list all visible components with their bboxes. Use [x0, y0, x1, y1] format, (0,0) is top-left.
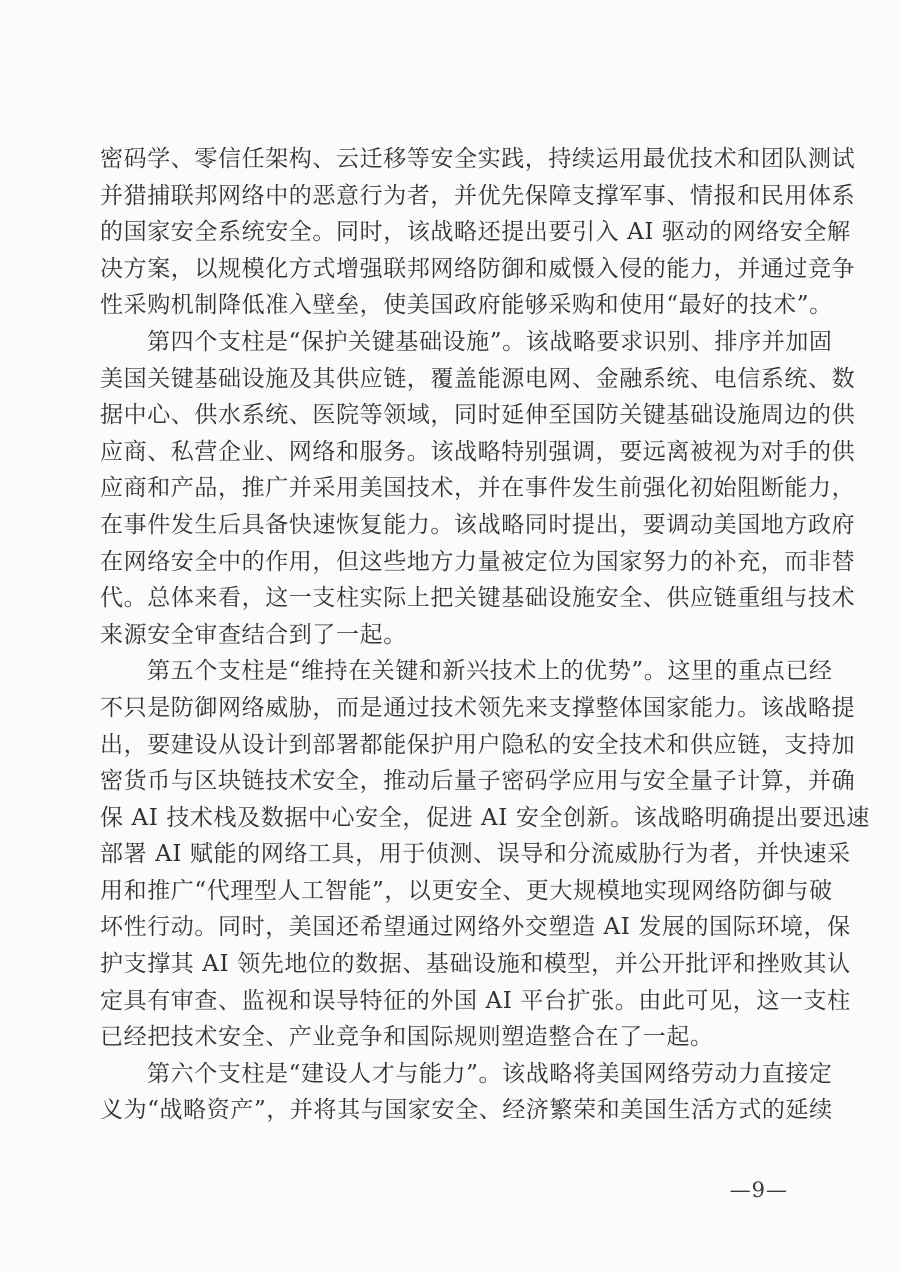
text-line: 义为“战略资产”，并将其与国家安全、经济繁荣和美国生活方式的延续	[100, 1092, 803, 1129]
text-line: 应商、私营企业、网络和服务。该战略特别强调，要远离被视为对手的供	[100, 434, 803, 471]
text-line: 的国家安全系统安全。同时，该战略还提出要引入 AI 驱动的网络安全解	[100, 214, 803, 251]
text-line: 来源安全审查结合到了一起。	[100, 617, 803, 654]
text-line: 第五个支柱是“维持在关键和新兴技术上的优势”。这里的重点已经	[100, 653, 803, 690]
text-line: 密货币与区块链技术安全，推动后量子密码学应用与安全量子计算，并确	[100, 763, 803, 800]
text-line: 保 AI 技术栈及数据中心安全，促进 AI 安全创新。该战略明确提出要迅速	[100, 800, 803, 837]
text-line: 代。总体来看，这一支柱实际上把关键基础设施安全、供应链重组与技术	[100, 580, 803, 617]
text-line: 定具有审查、监视和误导特征的外国 AI 平台扩张。由此可见，这一支柱	[100, 983, 803, 1020]
text-line: 并猎捕联邦网络中的恶意行为者，并优先保障支撑军事、情报和民用体系	[100, 178, 803, 215]
text-line: 决方案，以规模化方式增强联邦网络防御和威慑入侵的能力，并通过竞争	[100, 251, 803, 288]
text-line: 第六个支柱是“建设人才与能力”。该战略将美国网络劳动力直接定	[100, 1056, 803, 1093]
text-line: 不只是防御网络威胁，而是通过技术领先来支撑整体国家能力。该战略提	[100, 690, 803, 727]
text-line: 在事件发生后具备快速恢复能力。该战略同时提出，要调动美国地方政府	[100, 507, 803, 544]
text-line: 性采购机制降低准入壁垒，使美国政府能够采购和使用“最好的技术”。	[100, 287, 803, 324]
text-line: 密码学、零信任架构、云迁移等安全实践，持续运用最优技术和团队测试	[100, 141, 803, 178]
document-page: 密码学、零信任架构、云迁移等安全实践，持续运用最优技术和团队测试并猎捕联邦网络中…	[0, 0, 900, 1272]
text-line: 在网络安全中的作用，但这些地方力量被定位为国家努力的补充，而非替	[100, 544, 803, 581]
text-line: 应商和产品，推广并采用美国技术，并在事件发生前强化初始阻断能力，	[100, 470, 803, 507]
text-line: 护支撑其 AI 领先地位的数据、基础设施和模型，并公开批评和挫败其认	[100, 946, 803, 983]
text-line: 据中心、供水系统、医院等领域，同时延伸至国防关键基础设施周边的供	[100, 397, 803, 434]
page-number: —9—	[730, 1178, 788, 1202]
text-line: 美国关键基础设施及其供应链，覆盖能源电网、金融系统、电信系统、数	[100, 361, 803, 398]
text-line: 用和推广“代理型人工智能”，以更安全、更大规模地实现网络防御与破	[100, 873, 803, 910]
text-line: 第四个支柱是“保护关键基础设施”。该战略要求识别、排序并加固	[100, 324, 803, 361]
text-block: 密码学、零信任架构、云迁移等安全实践，持续运用最优技术和团队测试并猎捕联邦网络中…	[100, 141, 803, 1129]
text-line: 已经把技术安全、产业竞争和国际规则塑造整合在了一起。	[100, 1019, 803, 1056]
text-line: 出，要建设从设计到部署都能保护用户隐私的安全技术和供应链，支持加	[100, 727, 803, 764]
text-line: 部署 AI 赋能的网络工具，用于侦测、误导和分流威胁行为者，并快速采	[100, 836, 803, 873]
text-line: 坏性行动。同时，美国还希望通过网络外交塑造 AI 发展的国际环境，保	[100, 909, 803, 946]
